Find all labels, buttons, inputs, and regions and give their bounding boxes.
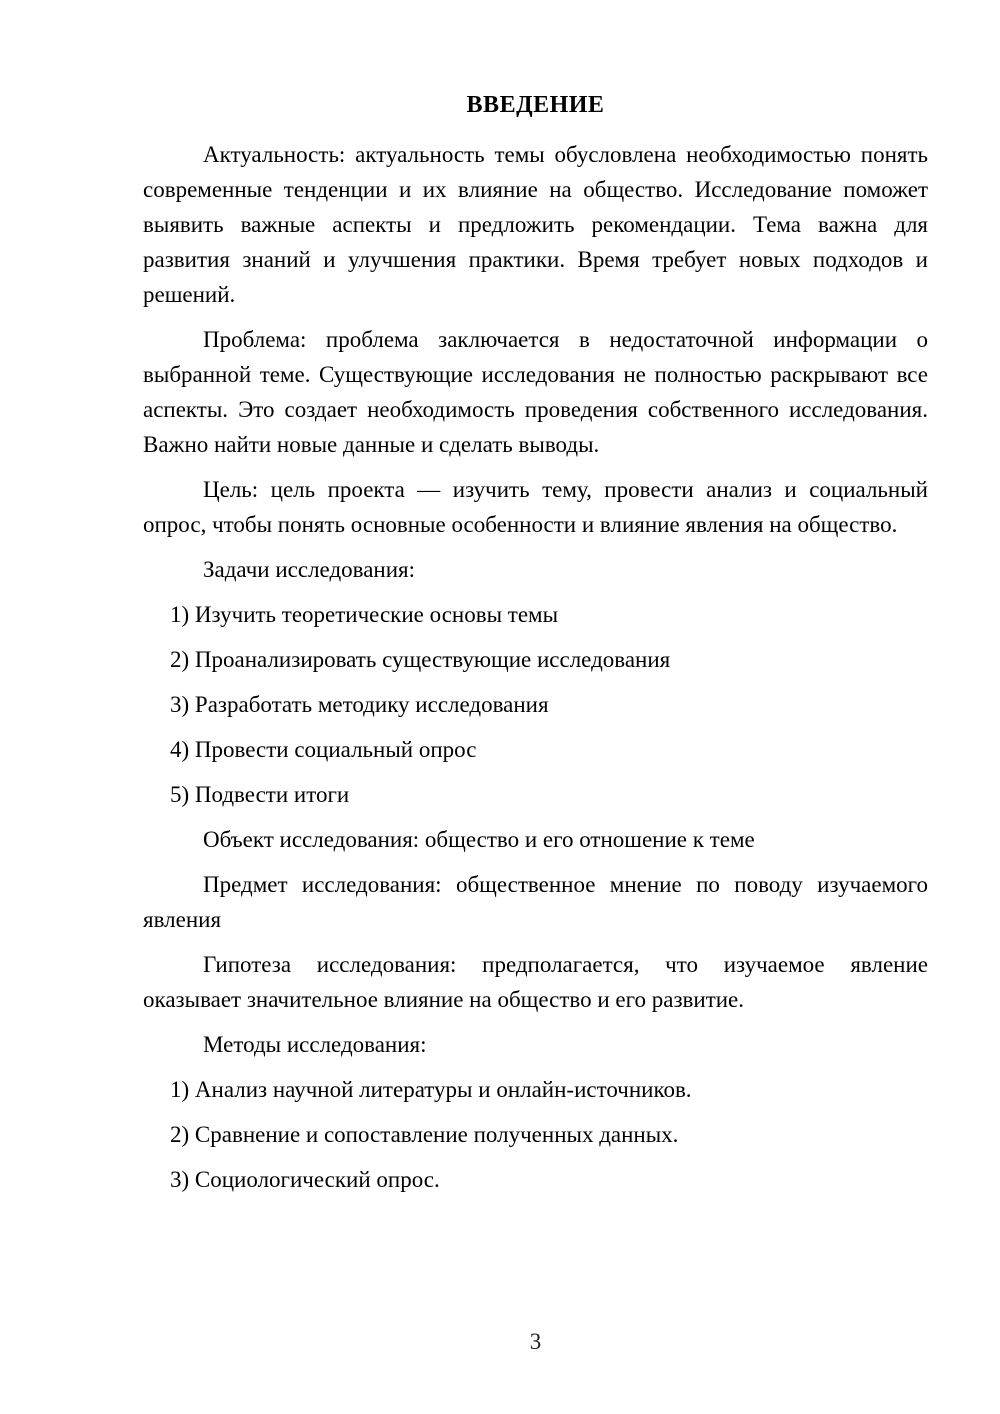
document-title: ВВЕДЕНИЕ <box>143 88 928 123</box>
method-item-2: 2) Сравнение и сопоставление полученных … <box>143 1117 928 1152</box>
methods-heading: Методы исследования: <box>143 1027 928 1062</box>
task-item-3: 3) Разработать методику исследования <box>143 687 928 722</box>
task-item-5: 5) Подвести итоги <box>143 777 928 812</box>
task-item-2: 2) Проанализировать существующие исследо… <box>143 642 928 677</box>
paragraph-goal: Цель: цель проекта — изучить тему, прове… <box>143 472 928 542</box>
page-number: 3 <box>143 1324 928 1359</box>
document-page: ВВЕДЕНИЕ Актуальность: актуальность темы… <box>0 0 1000 1414</box>
tasks-heading: Задачи исследования: <box>143 552 928 587</box>
paragraph-object: Объект исследования: общество и его отно… <box>143 822 928 857</box>
paragraph-relevance: Актуальность: актуальность темы обусловл… <box>143 137 928 312</box>
paragraph-subject: Предмет исследования: общественное мнени… <box>143 867 928 937</box>
methods-list: 1) Анализ научной литературы и онлайн-ис… <box>143 1072 928 1197</box>
tasks-list: 1) Изучить теоретические основы темы 2) … <box>143 597 928 812</box>
paragraph-hypothesis: Гипотеза исследования: предполагается, ч… <box>143 947 928 1017</box>
method-item-3: 3) Социологический опрос. <box>143 1162 928 1197</box>
paragraph-problem: Проблема: проблема заключается в недоста… <box>143 322 928 462</box>
method-item-1: 1) Анализ научной литературы и онлайн-ис… <box>143 1072 928 1107</box>
task-item-1: 1) Изучить теоретические основы темы <box>143 597 928 632</box>
task-item-4: 4) Провести социальный опрос <box>143 732 928 767</box>
